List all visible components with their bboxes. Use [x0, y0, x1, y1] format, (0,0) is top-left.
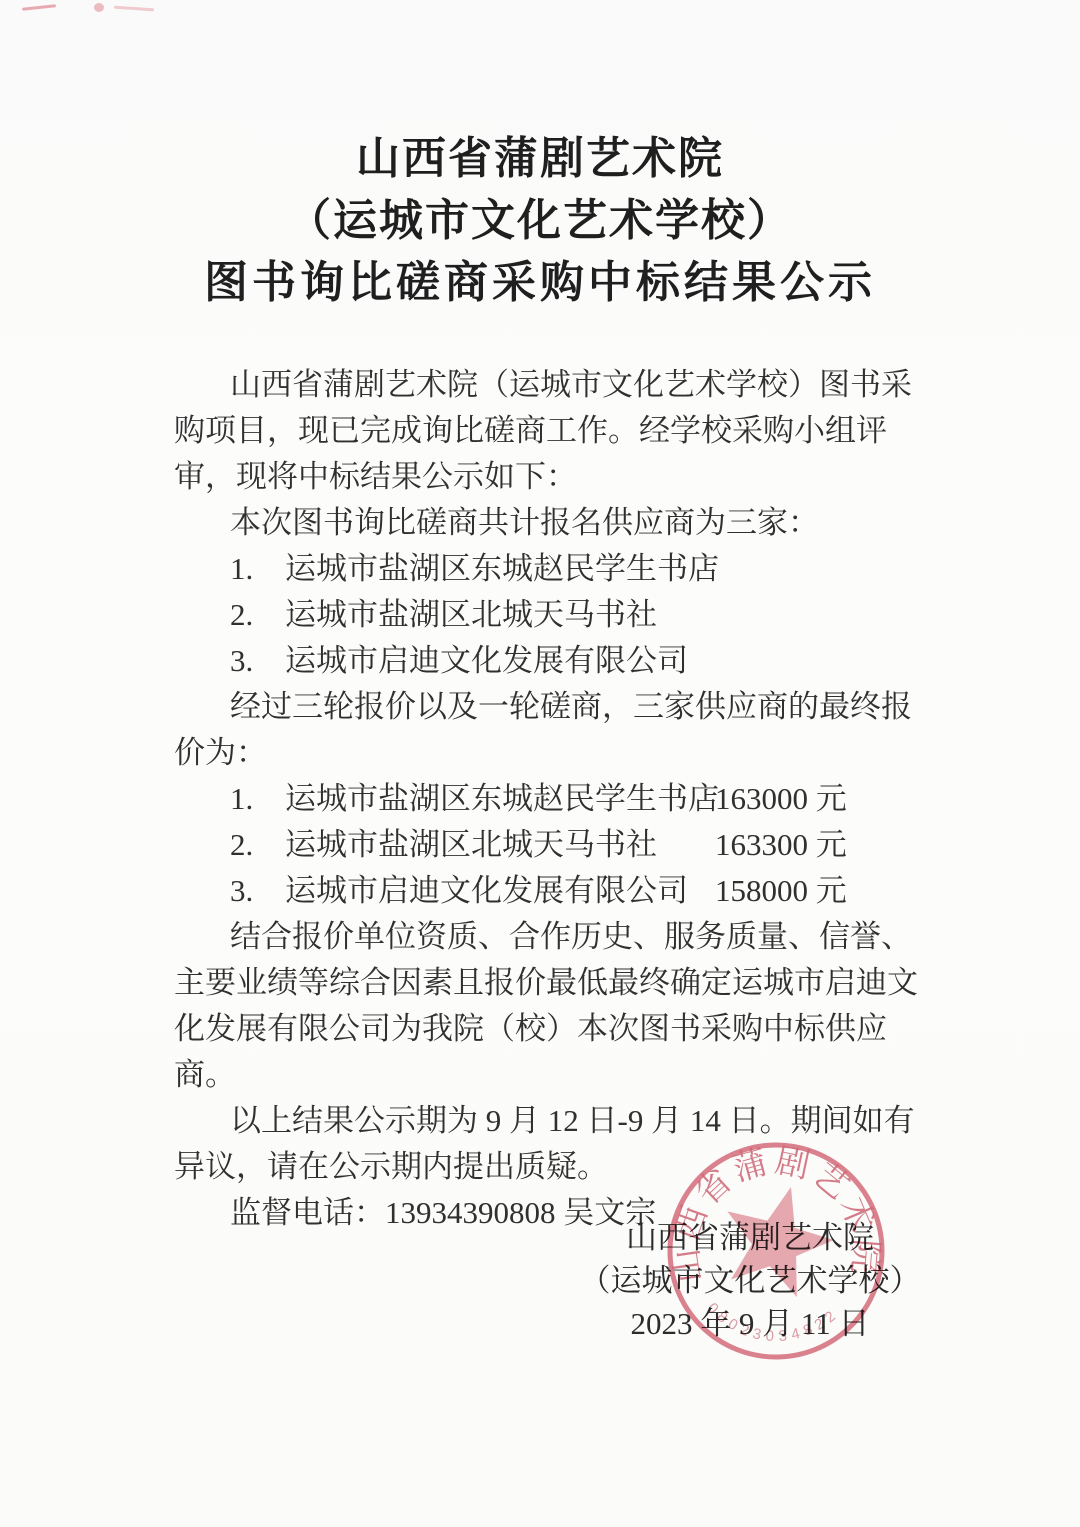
signature-block: 山西省蒲剧艺术院 （运城市文化艺术学校） 2023 年 9 月 11 日	[540, 1216, 960, 1345]
quote-number: 2.	[230, 822, 285, 868]
document-page: 山西省蒲剧艺术院 （运城市文化艺术学校） 图书询比磋商采购中标结果公示 山西省蒲…	[0, 0, 1080, 1527]
supplier-item: 3. 运城市启迪文化发展有限公司	[174, 638, 938, 684]
title-line-school: （运城市文化艺术学校）	[0, 190, 1080, 252]
document-body: 山西省蒲剧艺术院（运城市文化艺术学校）图书采购项目，现已完成询比磋商工作。经学校…	[174, 362, 938, 1236]
paragraph-intro: 山西省蒲剧艺术院（运城市文化艺术学校）图书采购项目，现已完成询比磋商工作。经学校…	[174, 362, 938, 500]
supplier-name: 运城市启迪文化发展有限公司	[285, 638, 688, 684]
quote-price: 163000 元	[715, 776, 847, 822]
paragraph-quotes-intro: 经过三轮报价以及一轮磋商，三家供应商的最终报价为：	[174, 684, 938, 776]
quote-supplier-name: 运城市盐湖区东城赵民学生书店	[285, 776, 715, 822]
supplier-number: 3.	[230, 638, 285, 684]
scan-artifact-mark	[22, 2, 172, 18]
signature-school: （运城市文化艺术学校）	[540, 1259, 960, 1302]
quote-number: 3.	[230, 868, 285, 914]
supplier-number: 1.	[230, 546, 285, 592]
quote-list: 1. 运城市盐湖区东城赵民学生书店 163000 元 2. 运城市盐湖区北城天马…	[174, 776, 938, 914]
quote-item: 3. 运城市启迪文化发展有限公司 158000 元	[174, 868, 938, 914]
quote-item: 1. 运城市盐湖区东城赵民学生书店 163000 元	[174, 776, 938, 822]
paragraph-notice-period: 以上结果公示期为 9 月 12 日-9 月 14 日。期间如有异议，请在公示期内…	[174, 1098, 938, 1190]
quote-item: 2. 运城市盐湖区北城天马书社 163300 元	[174, 822, 938, 868]
title-line-subject: 图书询比磋商采购中标结果公示	[0, 252, 1080, 314]
supplier-name: 运城市盐湖区北城天马书社	[285, 592, 657, 638]
document-title: 山西省蒲剧艺术院 （运城市文化艺术学校） 图书询比磋商采购中标结果公示	[0, 128, 1080, 314]
signature-date: 2023 年 9 月 11 日	[540, 1302, 960, 1345]
quote-supplier-name: 运城市启迪文化发展有限公司	[285, 868, 715, 914]
quote-price: 163300 元	[715, 822, 847, 868]
supplier-name: 运城市盐湖区东城赵民学生书店	[285, 546, 719, 592]
quote-price: 158000 元	[715, 868, 847, 914]
quote-number: 1.	[230, 776, 285, 822]
supplier-item: 2. 运城市盐湖区北城天马书社	[174, 592, 938, 638]
title-line-org: 山西省蒲剧艺术院	[0, 128, 1080, 190]
supplier-list: 1. 运城市盐湖区东城赵民学生书店 2. 运城市盐湖区北城天马书社 3. 运城市…	[174, 546, 938, 684]
paragraph-suppliers-intro: 本次图书询比磋商共计报名供应商为三家：	[174, 500, 938, 546]
signature-org: 山西省蒲剧艺术院	[540, 1216, 960, 1259]
quote-supplier-name: 运城市盐湖区北城天马书社	[285, 822, 715, 868]
supplier-item: 1. 运城市盐湖区东城赵民学生书店	[174, 546, 938, 592]
paragraph-award-decision: 结合报价单位资质、合作历史、服务质量、信誉、主要业绩等综合因素且报价最低最终确定…	[174, 914, 938, 1098]
supplier-number: 2.	[230, 592, 285, 638]
